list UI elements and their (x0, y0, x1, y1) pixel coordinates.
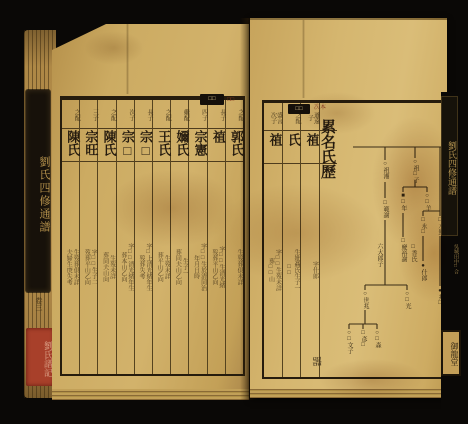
column-header: 繼配 (171, 102, 188, 127)
biography-text: 生歿未詳 葬同夫山向 (99, 164, 114, 370)
biography-text: 生子一 葬同夫山乙向 (172, 164, 187, 370)
biography-text: 生妣聶氏生子一 □□ (284, 167, 300, 373)
person-name: 陳氏 (62, 130, 79, 156)
tree-node: ○□文子 (345, 330, 352, 354)
right-columns: 盛言 次子禃字□□生歿未詳 葬□□山之配氏生妣聶氏生子一 □□道遠 子禃字什郎累… (264, 103, 337, 377)
spine-red-seal: 劉氏譜記 (26, 328, 54, 386)
biography-text: 字□□生於清同治 年月日時 (190, 164, 205, 370)
right-badge-note: 次本 (314, 105, 326, 112)
tree-node: ○祖□子 (411, 159, 418, 183)
book-photo: 劉氏四修通譜 卷三 劉氏譜記 之配陳氏生歿葬俱未詳 夫婦生庚失考三子宗旺字□□生… (0, 0, 468, 424)
person-name: 氏 (283, 133, 301, 146)
left-badge-note: □□ (227, 97, 234, 104)
left-text-block: 之配陳氏生歿葬俱未詳 夫婦生庚失考三子宗旺字□□生子二 歿葬平山乙向之配陳氏生歿… (60, 96, 245, 376)
person-name: 宗憲 (189, 130, 206, 156)
section-title: 累名氏歷 (320, 119, 338, 179)
person-name: 禃 (264, 133, 282, 146)
hall-name-label: 御龍堂 (441, 330, 461, 376)
biography-text: 字□□生子二 歿葬平山乙向 (81, 164, 96, 370)
column-header: 長子 (208, 102, 225, 127)
biography-text: 字□□清光緒年生 葬本山乙向 (118, 164, 133, 370)
tree-node: ●什郎 (419, 263, 426, 281)
left-page-badge: □□ (200, 94, 224, 105)
right-page-badge: □□ (288, 104, 310, 114)
tree-lines (337, 103, 443, 378)
column-header: 之配 (98, 102, 115, 127)
column-header: 之配 (153, 102, 170, 127)
genealogy-column: 四子宗憲字□□生於清同治 年月日時 (189, 100, 207, 374)
biography-text: 字□上清光緒年生 歿葬失考 (136, 164, 151, 370)
biography-text: 生歿葬俱未詳 夫婦生庚失考 (63, 164, 78, 370)
person-name: 宗□ (135, 130, 152, 158)
page-bottom-edge (250, 389, 447, 398)
page-crease (302, 20, 305, 98)
spine-volume-label: 卷三 (31, 297, 43, 325)
biography-text: 字□□生歿未詳 葬□□山 (265, 167, 281, 373)
fore-edge-small-text: 吳城田中□合 (448, 244, 458, 344)
person-name: 宗旺 (80, 130, 97, 156)
left-page: 之配陳氏生歿葬俱未詳 夫婦生庚失考三子宗旺字□□生子二 歿葬平山乙向之配陳氏生歿… (52, 24, 249, 400)
biography-text: 字□□生清光緒 歿葬平山乙向 (209, 164, 224, 370)
column-header: 之配 (62, 102, 79, 127)
genealogy-column: 之配陳氏生歿葬俱未詳 夫婦生庚失考 (62, 100, 80, 374)
genealogy-column: 長子禃字□□生清光緒 歿葬平山乙向 (208, 100, 226, 374)
right-page: 盛言 次子禃字□□生歿未詳 葬□□山之配氏生妣聶氏生子一 □□道遠 子禃字什郎累… (250, 18, 447, 398)
person-name: 陳氏 (98, 130, 115, 156)
genealogy-column: 之配陳氏生歿未詳 葬同夫山向 (98, 100, 116, 374)
person-name: 禃 (208, 130, 225, 143)
section-title-column: 累名氏歷 (320, 103, 338, 377)
column-header: 次子 (117, 102, 134, 127)
column-header: 四子 (189, 102, 206, 127)
ink-mark: 噐 (311, 353, 322, 369)
genealogy-column: 次子宗□字□□清光緒年生 葬本山乙向 (117, 100, 135, 374)
column-header: 盛言 次子 (264, 105, 282, 130)
tree-node: 六大郎子 (375, 243, 382, 267)
person-name: 王氏 (153, 130, 170, 156)
person-name: 宗□ (117, 130, 134, 158)
right-text-block: 盛言 次子禃字□□生歿未詳 葬□□山之配氏生妣聶氏生子一 □□道遠 子禃字什郎累… (262, 100, 443, 379)
tree-node: ○□森 (373, 330, 380, 348)
tree-node: □範謝 (381, 200, 388, 218)
tree-node: □永□ (419, 217, 426, 235)
genealogy-column: 繼配嬭氏生子一 葬同夫山乙向 (171, 100, 189, 374)
left-columns: 之配陳氏生歿葬俱未詳 夫婦生庚失考三子宗旺字□□生子二 歿葬平山乙向之配陳氏生歿… (62, 100, 243, 374)
tree-node: ○世兆 (361, 291, 368, 309)
person-name: 嬭氏 (171, 130, 188, 156)
page-bottom-edge (52, 389, 249, 400)
genealogy-column: 之配王氏生歿未詳 葬平山乙向 (153, 100, 171, 374)
genealogy-tree: ○祖湘□範謝○祖□子■□年○□羊□慶裕謝□香氏六大郎子○世兆○□光○□文子□彥□… (337, 103, 441, 377)
column-header: 長子 (135, 102, 152, 127)
biography-text: 字什郎 (302, 167, 318, 373)
genealogy-column: 三子宗旺字□□生子二 歿葬平山乙向 (80, 100, 98, 374)
tree-node: □香氏 (409, 244, 416, 262)
tree-node: □彥□ (359, 330, 366, 348)
biography-text: 生歿未詳 葬平山乙向 (154, 164, 169, 370)
tree-node: ■□年 (399, 193, 406, 211)
spine-title-label: 劉氏四修通譜 (26, 90, 50, 292)
genealogy-column: 之配氏生妣聶氏生子一 □□ (283, 103, 302, 377)
genealogy-column: 盛言 次子禃字□□生歿未詳 葬□□山 (264, 103, 283, 377)
fore-edge-title: 劉氏四修通譜 (441, 96, 458, 236)
tree-node: ○□光 (403, 291, 410, 309)
tree-node: ○□羊 (423, 193, 430, 211)
tree-node: □慶裕謝 (399, 238, 406, 262)
genealogy-column: 長子宗□字□上清光緒年生 歿葬失考 (135, 100, 153, 374)
page-crease (126, 24, 129, 94)
column-header: 三子 (80, 102, 97, 127)
tree-node: ○祖湘 (381, 161, 388, 179)
